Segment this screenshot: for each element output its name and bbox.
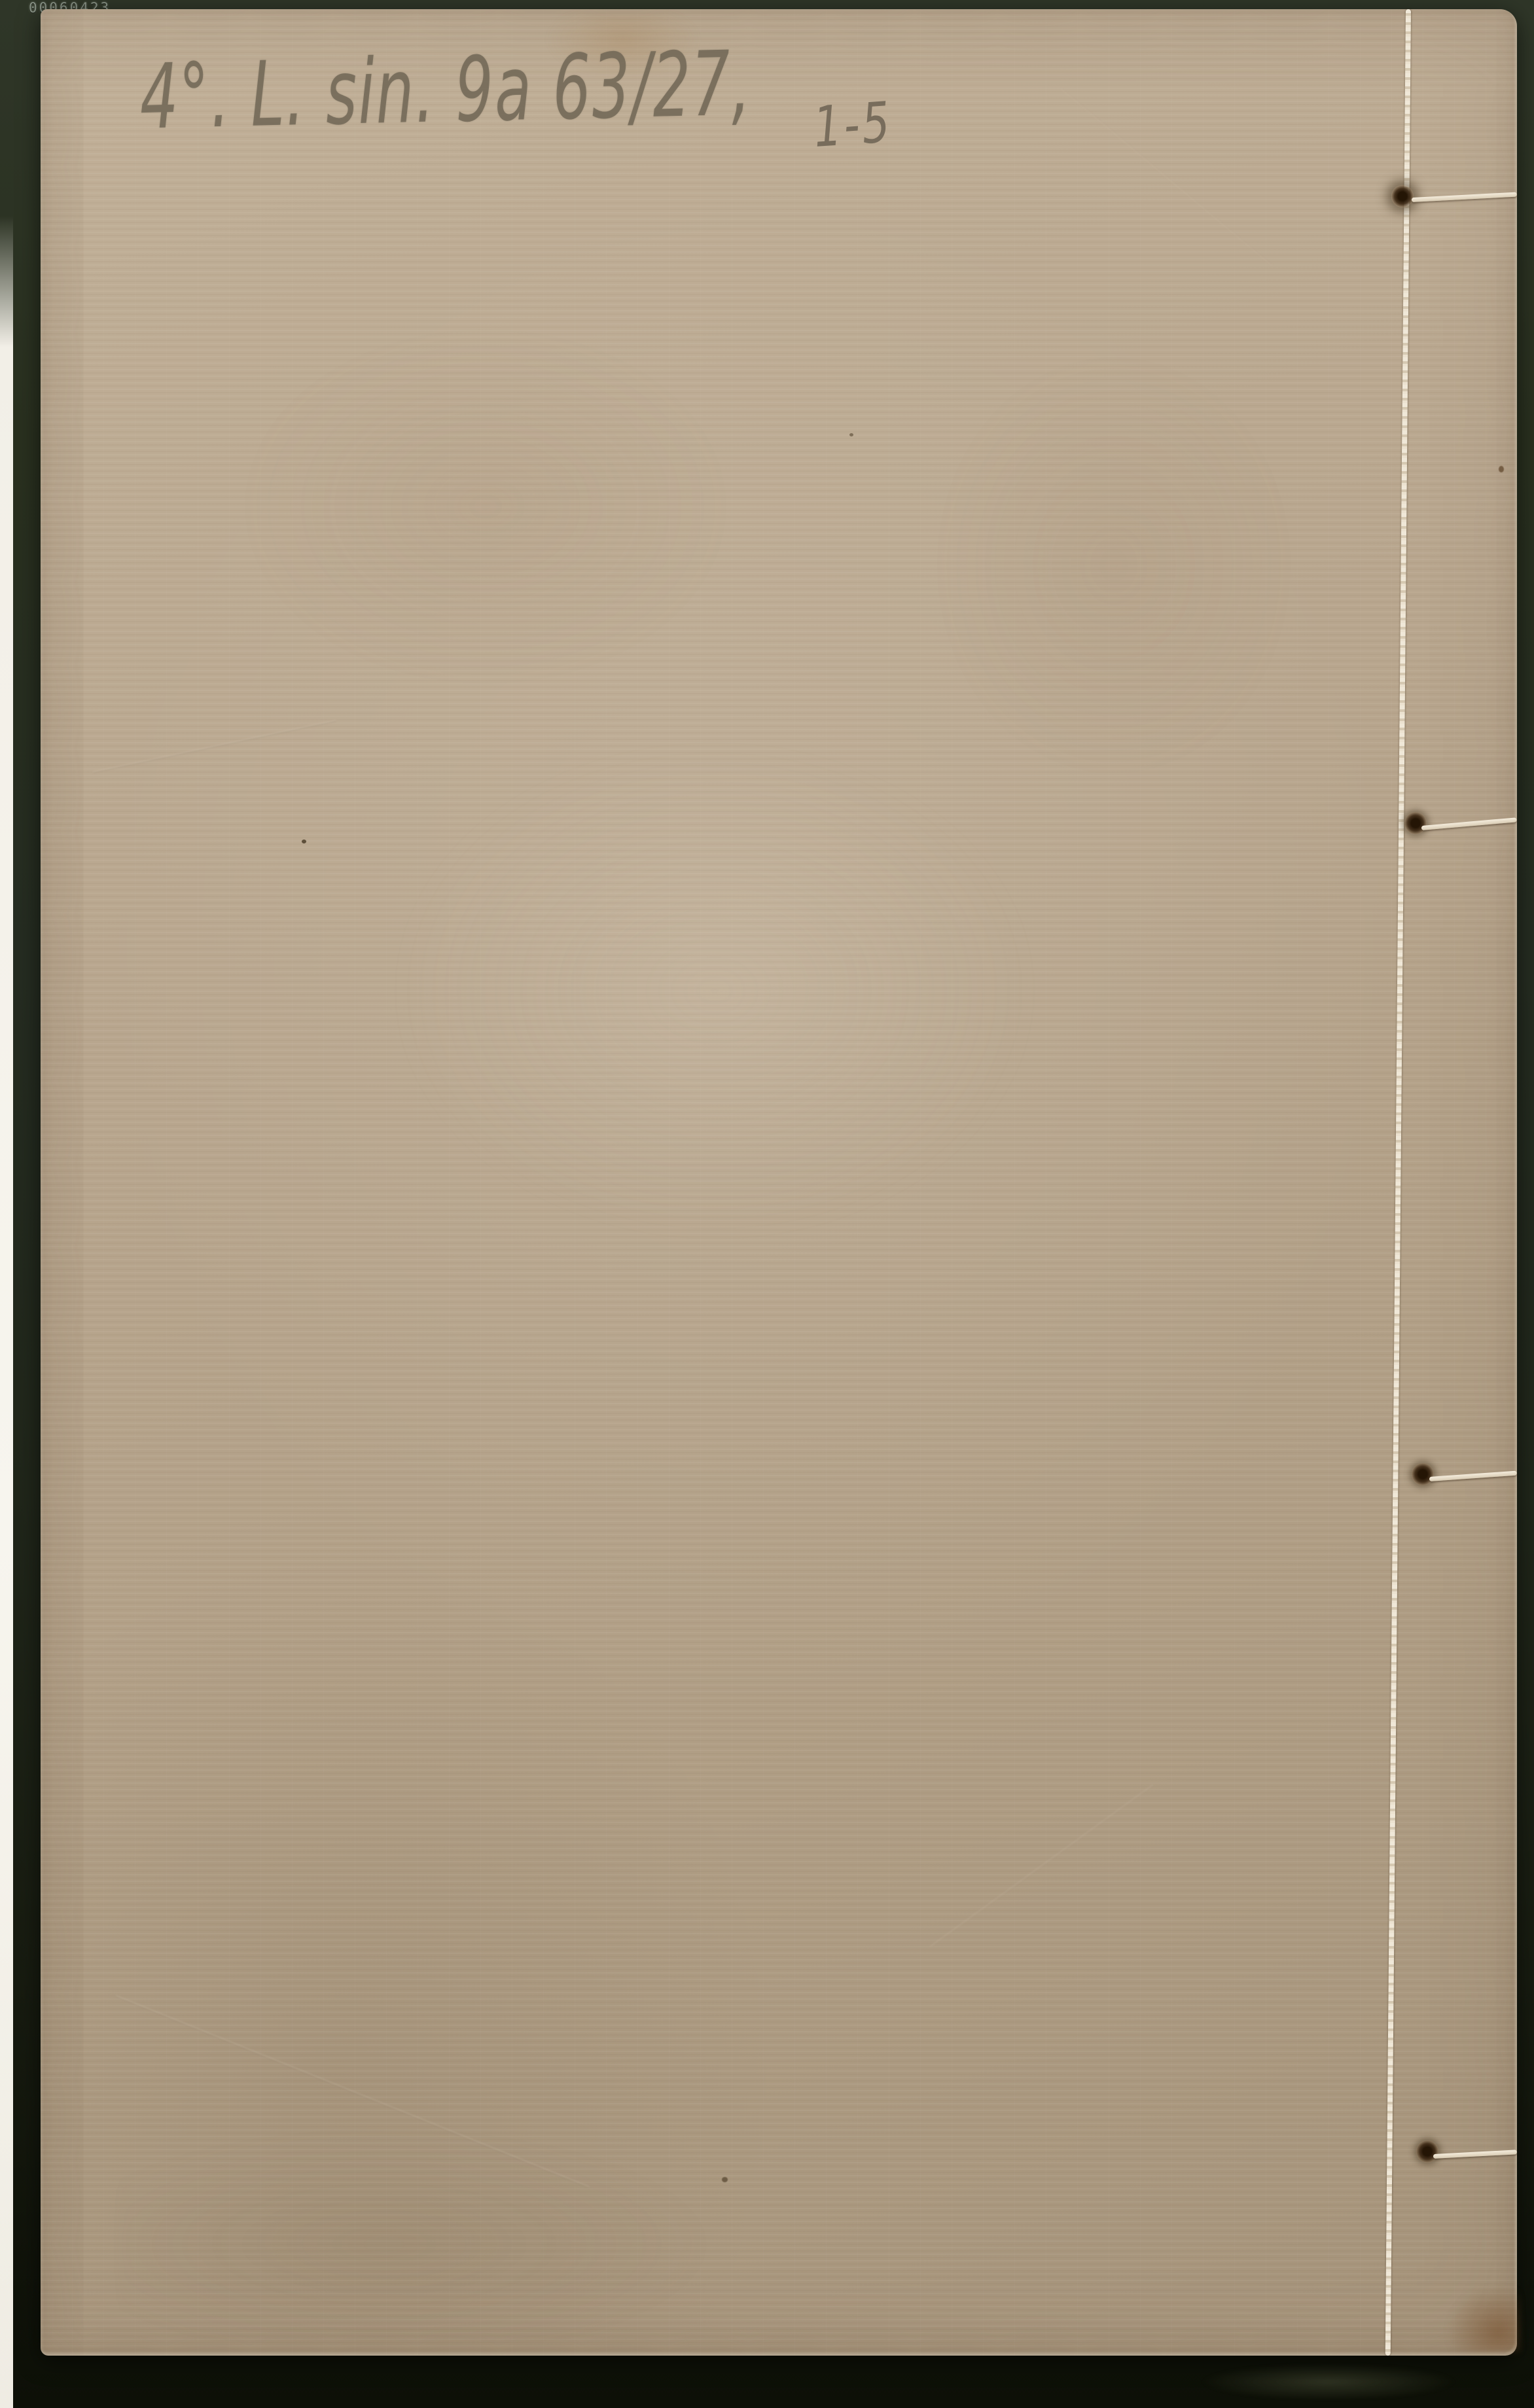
- scanned-book-cover-photo: 00060423 4°. L. sin. 9a 63/27, 1-5: [0, 0, 1534, 2408]
- binding-stitch-3: [1429, 1471, 1517, 1481]
- book-cover: 4°. L. sin. 9a 63/27, 1-5: [41, 9, 1517, 2356]
- binding-thread-vertical: [1385, 9, 1411, 2356]
- paper-crease: [93, 720, 336, 773]
- paper-speck: [1499, 466, 1504, 472]
- paper-stain: [237, 323, 734, 690]
- binding-stitch-1: [1412, 192, 1517, 202]
- shelfmark-volume-range: 1-5: [812, 90, 894, 160]
- corner-wear-stain: [1448, 2286, 1520, 2352]
- paper-light-patch: [394, 742, 1035, 1239]
- paper-speck: [302, 840, 306, 843]
- paper-crease: [115, 1995, 589, 2188]
- paper-scratch: [930, 1784, 1153, 1947]
- paper-scratch: [1061, 88, 1272, 266]
- binding-hole-1: [1391, 185, 1414, 207]
- paper-stain: [931, 349, 1297, 781]
- paper-speck: [849, 433, 853, 436]
- paper-stain-bottom-left: [119, 2129, 708, 2339]
- binding-hole-3: [1412, 1463, 1434, 1485]
- binding-hole-2: [1404, 812, 1427, 834]
- paper-speck: [722, 2177, 728, 2182]
- backdrop-smudge: [1145, 2356, 1512, 2408]
- binding-hole-4: [1416, 2140, 1438, 2163]
- shelfmark-inscription: 4°. L. sin. 9a 63/27,: [139, 32, 753, 150]
- scanner-edge-strip: [0, 216, 13, 2408]
- binding-stitch-4: [1433, 2150, 1517, 2159]
- binding-stitch-2: [1421, 817, 1517, 830]
